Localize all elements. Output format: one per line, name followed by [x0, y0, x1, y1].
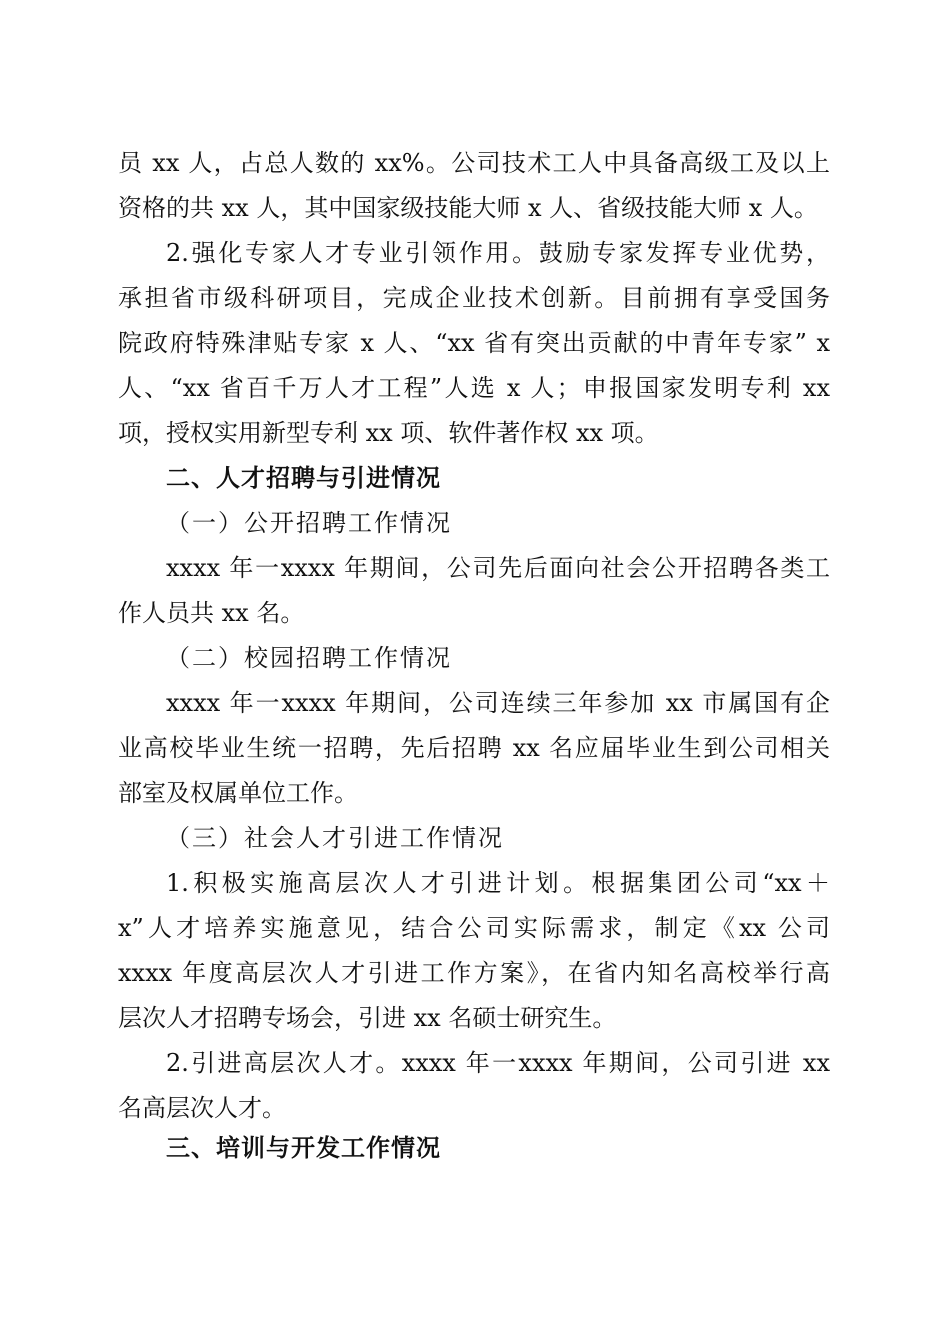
paragraph-line: 资格的共 xx 人，其中国家级技能大师 x 人、省级技能大师 x 人。 — [118, 190, 830, 226]
paragraph-line: 层次人才招聘专场会，引进 xx 名硕士研究生。 — [118, 1000, 830, 1036]
paragraph-line: xxxx 年一xxxx 年期间，公司连续三年参加 xx 市属国有企 — [166, 685, 830, 721]
paragraph-line: 项，授权实用新型专利 xx 项、软件著作权 xx 项。 — [118, 415, 830, 451]
paragraph-line: xxxx 年度高层次人才引进工作方案》，在省内知名高校举行高 — [118, 955, 830, 991]
paragraph-line: 作人员共 xx 名。 — [118, 595, 830, 631]
paragraph-line: x”人才培养实施意见，结合公司实际需求，制定《xx 公司 — [118, 910, 830, 946]
subsection-heading-public-recruitment: （一）公开招聘工作情况 — [166, 505, 830, 541]
paragraph-line: 承担省市级科研项目，完成企业技术创新。目前拥有享受国务 — [118, 280, 830, 316]
subsection-heading-social-talent: （三）社会人才引进工作情况 — [166, 820, 830, 856]
paragraph-line: 部室及权属单位工作。 — [118, 775, 830, 811]
document-page: 员 xx 人，占总人数的 xx%。公司技术工人中具备高级工及以上 资格的共 xx… — [0, 0, 950, 1344]
paragraph-line: 业高校毕业生统一招聘，先后招聘 xx 名应届毕业生到公司相关 — [118, 730, 830, 766]
subsection-heading-campus-recruitment: （二）校园招聘工作情况 — [166, 640, 830, 676]
section-heading-3: 三、培训与开发工作情况 — [166, 1130, 830, 1166]
paragraph-line: 员 xx 人，占总人数的 xx%。公司技术工人中具备高级工及以上 — [118, 145, 830, 181]
paragraph-line: 1.积极实施高层次人才引进计划。根据集团公司“xx＋ — [166, 865, 830, 901]
paragraph-line: 名高层次人才。 — [118, 1090, 830, 1126]
section-heading-2: 二、人才招聘与引进情况 — [166, 460, 830, 496]
paragraph-line: 人、“xx 省百千万人才工程”人选 x 人；申报国家发明专利 xx — [118, 370, 830, 406]
paragraph-line: xxxx 年一xxxx 年期间，公司先后面向社会公开招聘各类工 — [166, 550, 830, 586]
paragraph-line: 2.引进高层次人才。xxxx 年一xxxx 年期间，公司引进 xx — [166, 1045, 830, 1081]
paragraph-line: 院政府特殊津贴专家 x 人、“xx 省有突出贡献的中青年专家” x — [118, 325, 830, 361]
paragraph-line: 2.强化专家人才专业引领作用。鼓励专家发挥专业优势， — [166, 235, 830, 271]
